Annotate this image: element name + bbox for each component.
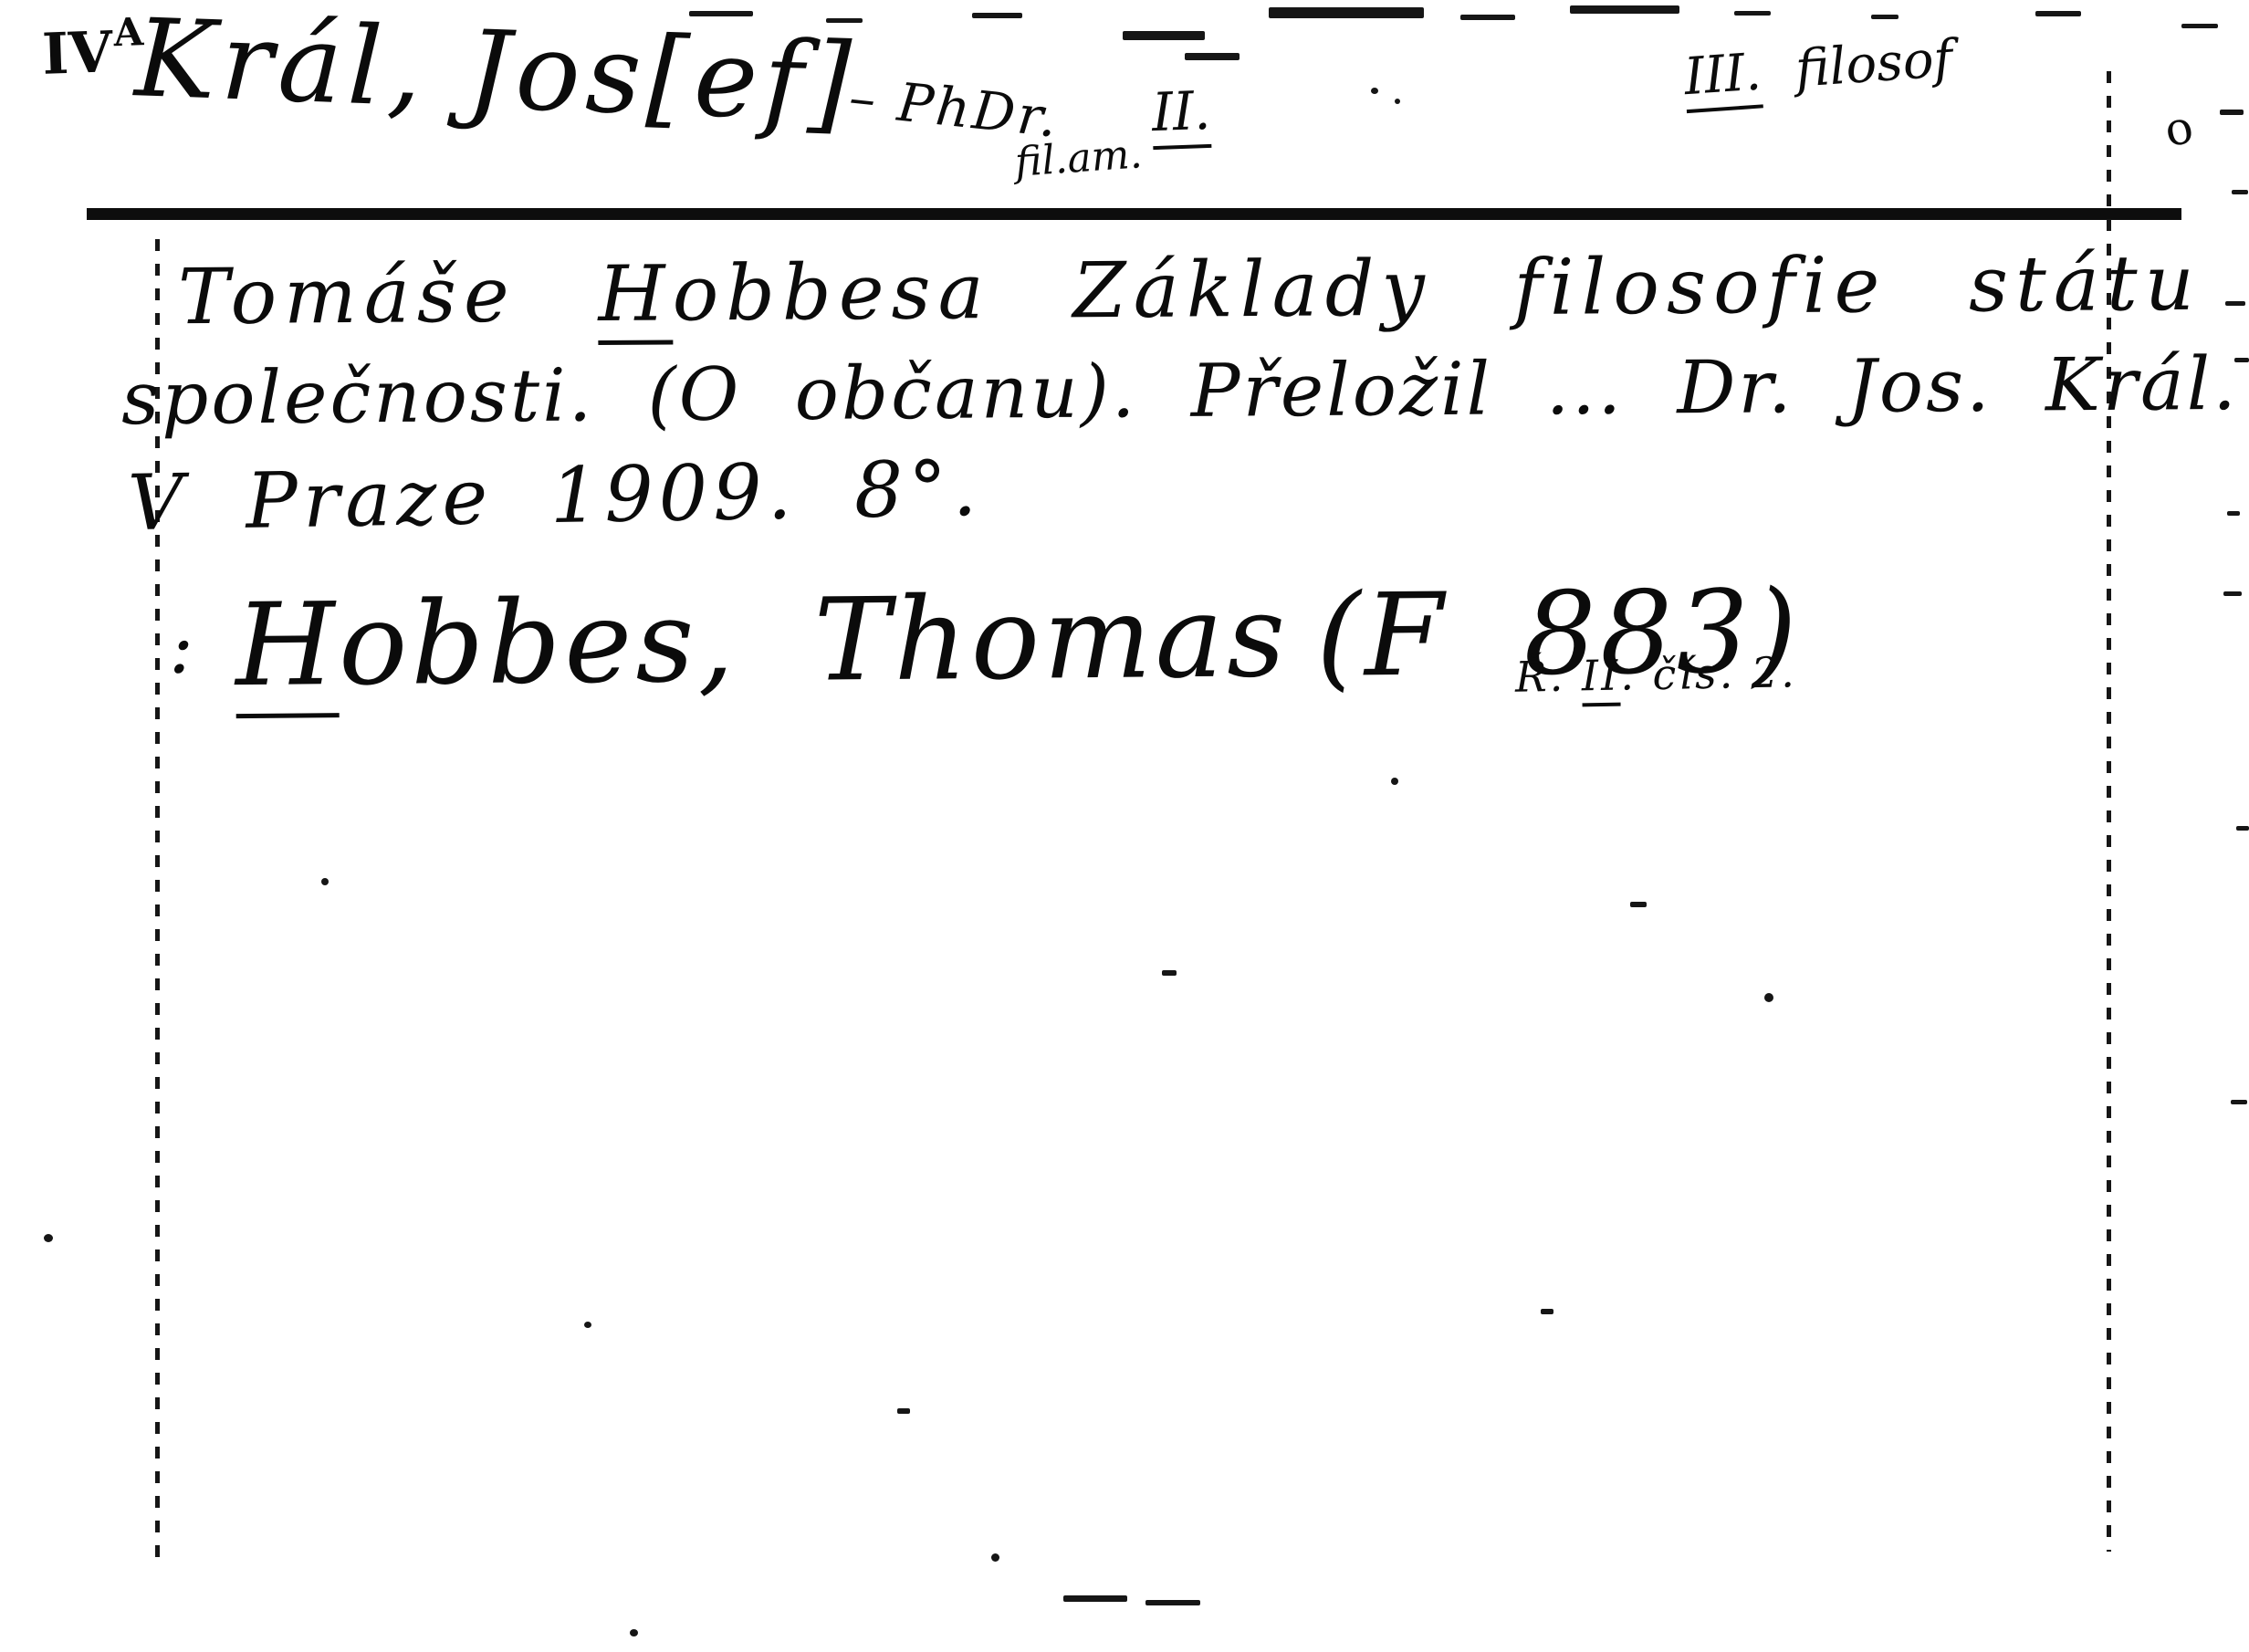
scan-noise-dash (1185, 53, 1240, 60)
scan-noise-speck (630, 1629, 638, 1636)
scan-noise-dash (2035, 11, 2081, 16)
scan-noise-speck (1391, 778, 1398, 785)
scan-noise-speck (44, 1234, 53, 1242)
heading-series-numeral: II. (1151, 79, 1212, 143)
scan-noise-dash (2225, 301, 2245, 306)
heading-series-numeral-text: II. (1151, 79, 1212, 150)
top-right-label: filosof (1794, 29, 1954, 99)
scan-noise-dash (1123, 31, 1205, 40)
scan-noise-dash (2223, 591, 2242, 596)
scan-noise-dash (1734, 11, 1771, 16)
scan-noise-dash (2236, 826, 2249, 831)
scan-noise-dash (2220, 110, 2244, 115)
scan-noise-dash (1145, 1600, 1200, 1605)
scan-noise-speck (991, 1553, 999, 1562)
scan-noise-dash (2231, 1100, 2247, 1104)
shelf-note: Ř. II. čís. 2. (1515, 647, 1798, 701)
imprint-line: V Praze 1909. 8°. (127, 444, 983, 548)
entry-colon: : (169, 605, 198, 690)
shelf-note-post: . čís. 2. (1620, 647, 1797, 699)
scan-noise-speck (1541, 1309, 1553, 1314)
title-line1-pre: Tomáše (178, 249, 599, 341)
heading-subnote: fil.am. (1013, 131, 1144, 186)
scan-noise-dash (2232, 190, 2248, 194)
scan-noise-speck (584, 1322, 591, 1328)
scan-noise-dash (1871, 15, 1899, 19)
scan-noise-dash (2234, 358, 2249, 362)
classmark-numeral: IV (41, 18, 114, 88)
right-margin-mark: o (2160, 100, 2198, 158)
title-line-1: Tomáše Hobbesa Základy filosofie státu a (178, 237, 2249, 342)
entry-initial: H (235, 579, 339, 718)
scan-noise-speck (1162, 970, 1177, 976)
scan-noise-dash (689, 11, 753, 16)
top-right-classification: III.filosof (1682, 29, 1954, 107)
scan-noise-speck (1764, 993, 1773, 1002)
title-line1-initial: H (598, 248, 673, 345)
scan-noise-dash (1269, 7, 1424, 18)
scan-noise-dash (1570, 5, 1679, 14)
scan-noise-dash (1460, 15, 1515, 20)
scan-noise-speck (1630, 902, 1647, 907)
heading-author-name: Král, Jos[ef] (133, 0, 858, 146)
top-right-numeral: III. (1682, 42, 1763, 113)
scan-noise-speck (897, 1408, 910, 1414)
scan-noise-dash (826, 18, 863, 23)
scan-noise-dash (1063, 1595, 1127, 1602)
shelf-note-pre: Ř. (1515, 651, 1583, 701)
scan-noise-dash (2181, 24, 2218, 28)
scan-noise-speck (1371, 88, 1378, 94)
scan-noise-dash (972, 13, 1022, 18)
header-divider-rule (87, 208, 2181, 220)
heading-degree: – PhDr. (846, 66, 1062, 150)
scan-noise-speck (1395, 99, 1400, 104)
title-line-2: společnosti. (O občanu). Přeložil ... Dr… (121, 341, 2239, 441)
entry-name-rest: obbes, Thomas (338, 570, 1289, 711)
catalog-card: IVA Král, Jos[ef] – PhDr. fil.am. II. II… (0, 0, 2249, 1652)
title-line1-rest: obbesa Základy filosofie státu a (672, 237, 2249, 339)
scan-noise-dash (2227, 511, 2240, 516)
scan-noise-speck (321, 878, 329, 885)
classmark: IVA (41, 9, 145, 88)
shelf-note-numeral: II (1581, 651, 1620, 707)
